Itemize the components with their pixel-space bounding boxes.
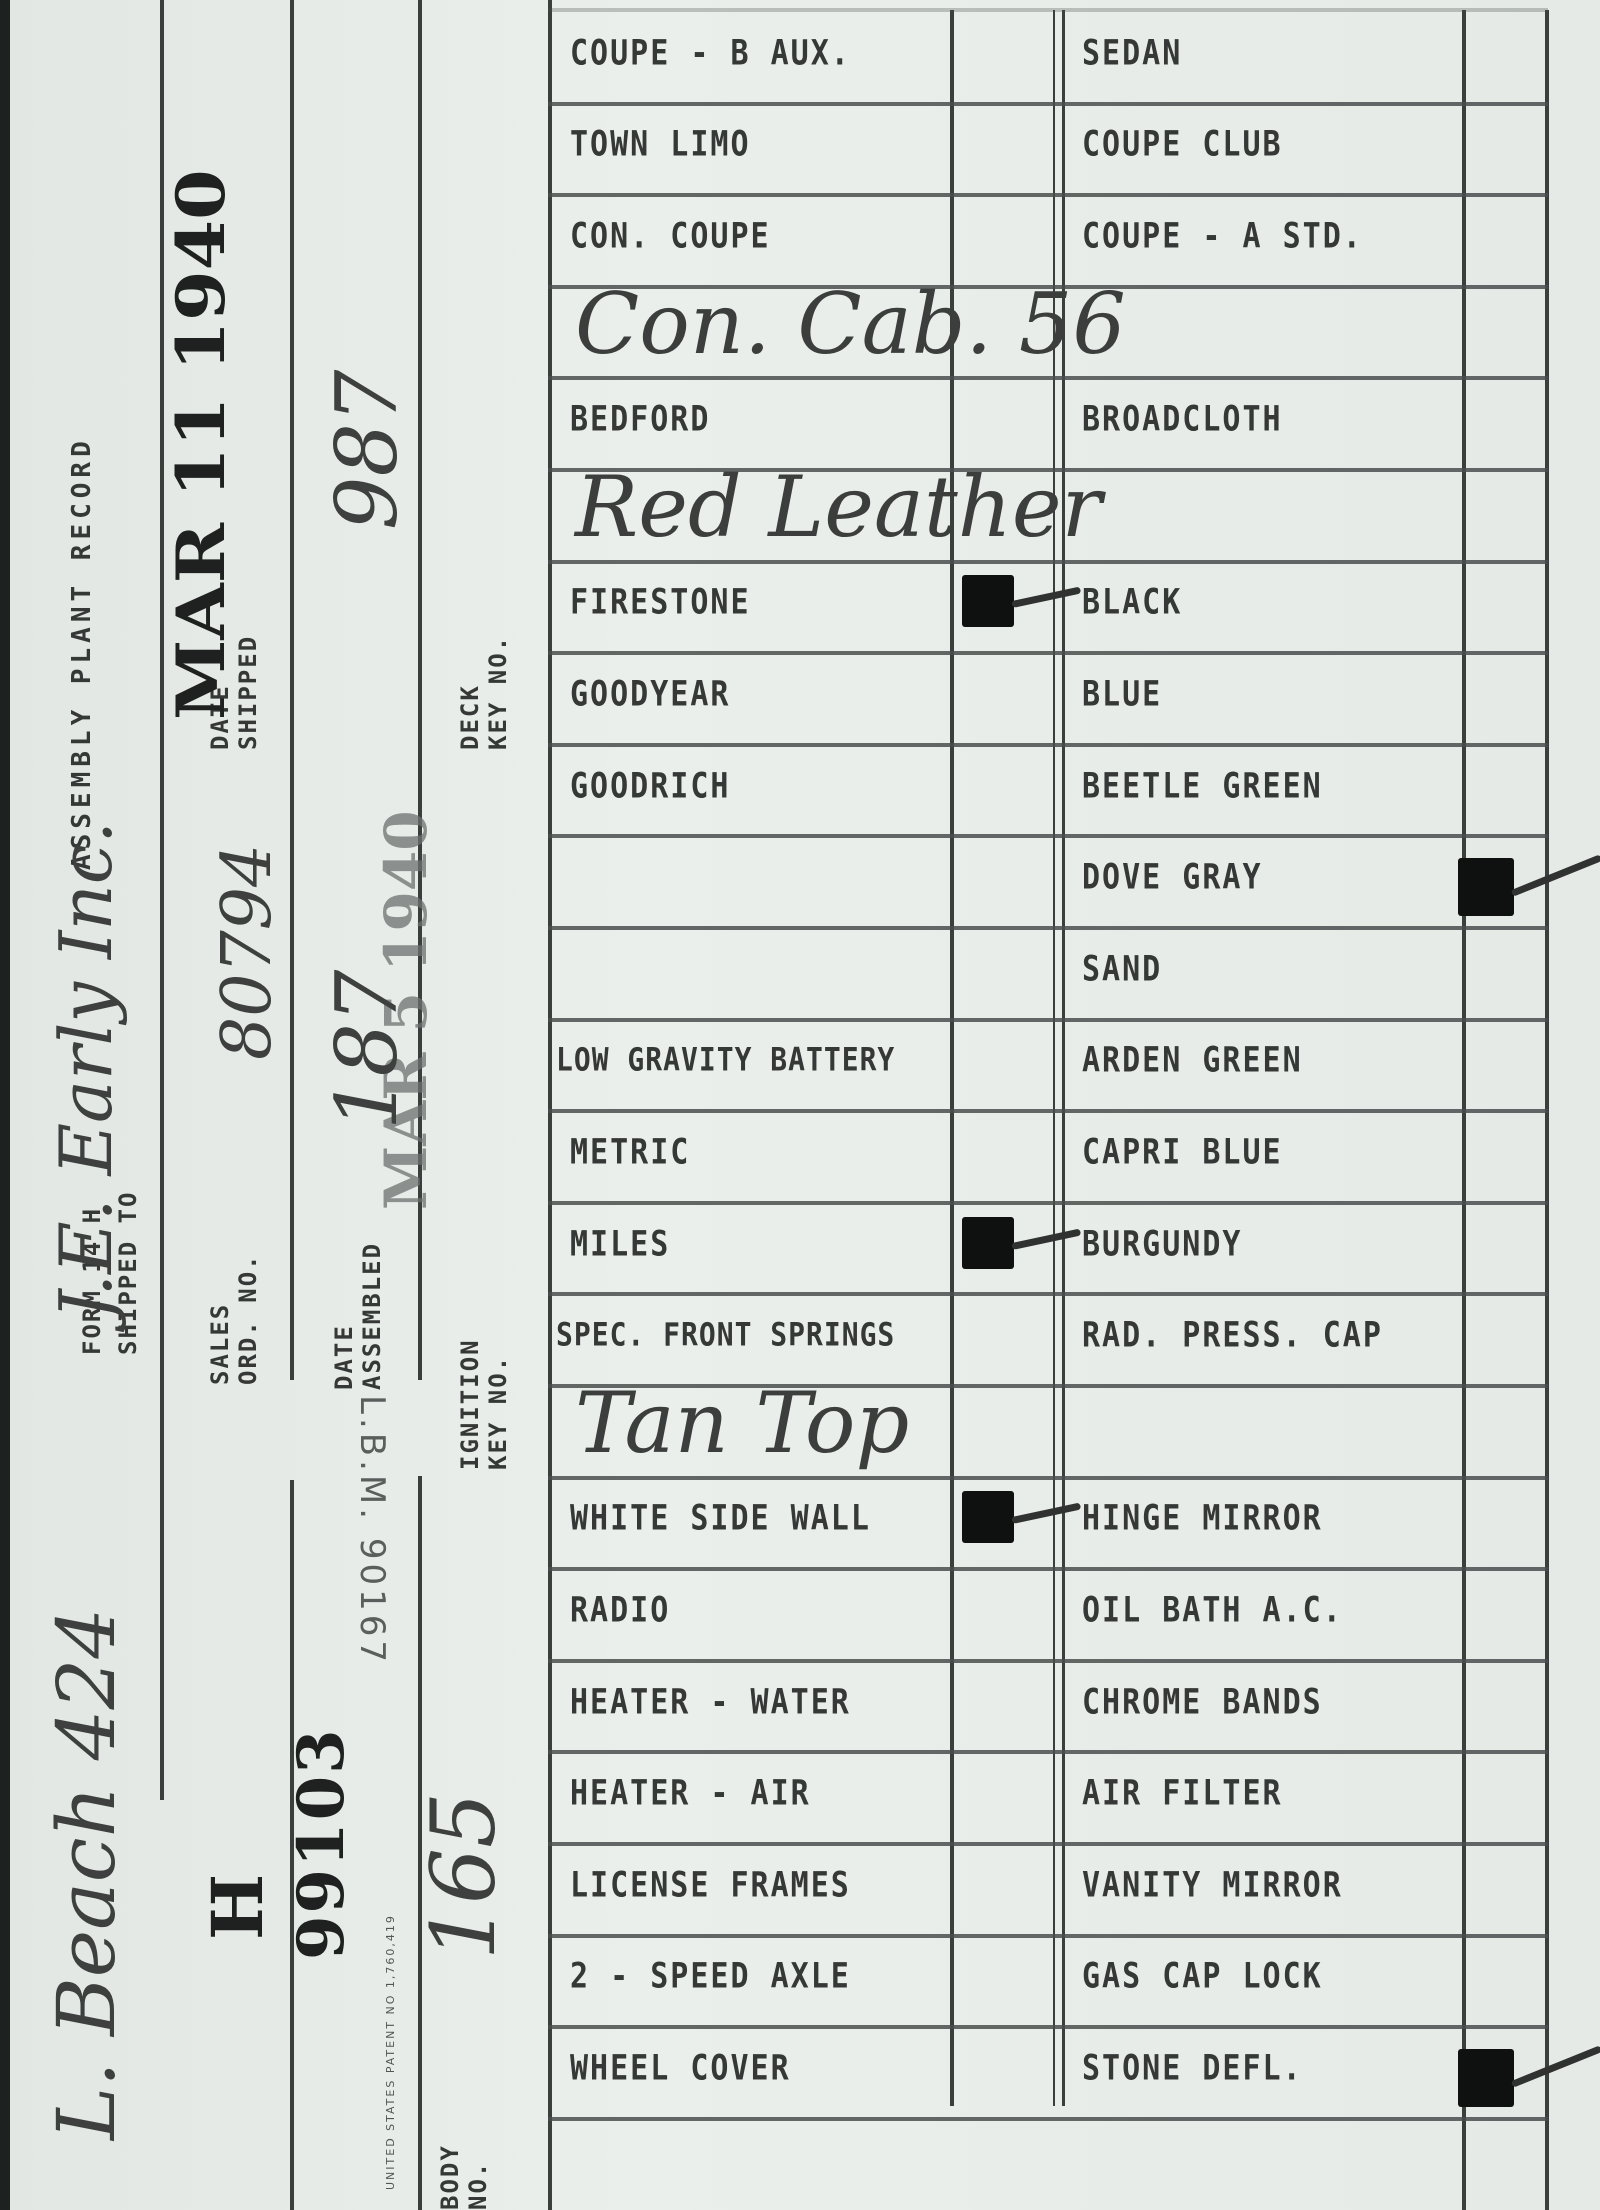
option-left-label: RADIO (570, 1590, 670, 1630)
option-right-label: SAND (1082, 949, 1162, 989)
option-right-checkbox[interactable] (1466, 380, 1544, 466)
handwritten-note: Con. Cab. 56 (575, 275, 1126, 373)
option-right-checkbox[interactable] (1466, 1480, 1544, 1566)
left-selected-marker-icon (962, 1491, 1014, 1543)
option-right-label: BLACK (1082, 582, 1182, 622)
option-left-label: MILES (570, 1224, 670, 1264)
option-left-label: LICENSE FRAMES (570, 1865, 851, 1905)
option-right-checkbox[interactable] (1466, 1205, 1544, 1291)
option-left-checkbox[interactable] (954, 197, 1050, 283)
option-right-checkbox[interactable] (1466, 1571, 1544, 1657)
option-right-checkbox[interactable] (1466, 197, 1544, 283)
serial-number-stamp: 99103 (284, 1727, 359, 1960)
option-right-checkbox[interactable] (1466, 1754, 1544, 1840)
deck-key-value: 987 (318, 370, 416, 530)
right-selected-marker-icon (1458, 858, 1514, 916)
option-left-label: 2 - SPEED AXLE (570, 1956, 851, 1996)
ignition-key-value: 187 (318, 970, 416, 1130)
option-left-label: HEATER - AIR (570, 1773, 811, 1813)
option-right-label: CHROME BANDS (1082, 1682, 1323, 1722)
date-assembled-label: DATE ASSEMBLED (330, 1242, 386, 1390)
option-left-checkbox[interactable] (954, 1022, 1050, 1108)
handwritten-note: Tan Top (575, 1374, 909, 1472)
option-left-label: WHITE SIDE WALL (570, 1498, 871, 1538)
body-no-label: BODY NO. (436, 2144, 492, 2210)
left-selected-marker-icon (962, 1217, 1014, 1269)
option-right-label: SEDAN (1082, 33, 1182, 73)
date-shipped-stamp: MAR 11 1940 (162, 169, 240, 720)
option-left-checkbox[interactable] (954, 655, 1050, 741)
option-right-label: BEETLE GREEN (1082, 766, 1323, 806)
serial-prefix-stamp: H (196, 1874, 279, 1940)
option-right-label: BURGUNDY (1082, 1224, 1243, 1264)
option-left-label: GOODYEAR (570, 674, 731, 714)
option-left-label: WHEEL COVER (570, 2048, 791, 2088)
option-right-checkbox[interactable] (1466, 1663, 1544, 1749)
option-left-checkbox[interactable] (954, 106, 1050, 192)
option-right-label: STONE DEFL. (1082, 2048, 1303, 2088)
option-right-label: RAD. PRESS. CAP (1082, 1315, 1383, 1355)
body-no-value: 165 (412, 1792, 515, 1960)
option-left-checkbox[interactable] (954, 1663, 1050, 1749)
option-right-checkbox[interactable] (1466, 106, 1544, 192)
table-left-border (548, 0, 552, 2210)
option-left-label: CON. COUPE (570, 216, 771, 256)
handwritten-note: Red Leather (575, 458, 1102, 556)
option-left-checkbox[interactable] (954, 1846, 1050, 1932)
sales-ord-value: 80794 (208, 844, 287, 1060)
table-top-border (548, 8, 1548, 12)
patent-text: UNITED STATES PATENT NO 1,760,419 (384, 1914, 397, 2190)
option-left-label: GOODRICH (570, 766, 731, 806)
rule-sales-ord (290, 0, 294, 1380)
option-right-checkbox[interactable] (1466, 1846, 1544, 1932)
option-right-checkbox[interactable] (1466, 1296, 1544, 1382)
option-left-checkbox[interactable] (954, 747, 1050, 833)
option-right-checkbox[interactable] (1466, 655, 1544, 741)
assembly-plant-record-card: FORM 14 H SHIPPED TO ASSEMBLY PLANT RECO… (0, 0, 1600, 2210)
option-left-checkbox[interactable] (954, 1754, 1050, 1840)
option-right-label: BLUE (1082, 674, 1162, 714)
option-right-label: OIL BATH A.C. (1082, 1590, 1343, 1630)
option-right-label: COUPE CLUB (1082, 124, 1283, 164)
card-left-border (0, 0, 10, 2210)
option-left-checkbox[interactable] (954, 1296, 1050, 1382)
option-right-checkbox[interactable] (1466, 1113, 1544, 1199)
option-left-label: LOW GRAVITY BATTERY (556, 1041, 895, 1079)
option-left-checkbox[interactable] (954, 1571, 1050, 1657)
option-left-checkbox[interactable] (954, 1113, 1050, 1199)
option-left-label: SPEC. FRONT SPRINGS (556, 1316, 895, 1354)
option-left-label: FIRESTONE (570, 582, 751, 622)
left-selected-marker-icon (962, 575, 1014, 627)
shipped-to-value: J.E. Early Inc. (44, 821, 128, 1320)
option-left-checkbox[interactable] (954, 14, 1050, 100)
option-right-checkbox[interactable] (1466, 747, 1544, 833)
option-left-label: HEATER - WATER (570, 1682, 851, 1722)
option-left-checkbox[interactable] (954, 380, 1050, 466)
option-right-label: ARDEN GREEN (1082, 1040, 1303, 1080)
option-right-label: COUPE - A STD. (1082, 216, 1363, 256)
option-left-label: COUPE - B AUX. (570, 33, 851, 73)
option-right-label: DOVE GRAY (1082, 857, 1263, 897)
option-right-label: AIR FILTER (1082, 1773, 1283, 1813)
form-title: ASSEMBLY PLANT RECORD (68, 436, 96, 870)
lbm-stamp: L.B.M. 90167 (352, 1395, 392, 1666)
option-left-label: METRIC (570, 1132, 690, 1172)
option-right-label: VANITY MIRROR (1082, 1865, 1343, 1905)
option-right-label: GAS CAP LOCK (1082, 1956, 1323, 1996)
option-left-checkbox[interactable] (954, 1938, 1050, 2024)
row-divider (548, 2117, 1548, 2121)
option-right-label: CAPRI BLUE (1082, 1132, 1283, 1172)
option-right-checkbox[interactable] (1466, 1022, 1544, 1108)
option-right-checkbox[interactable] (1466, 1938, 1544, 2024)
deck-key-label: DECK KEY NO. (456, 635, 512, 750)
option-left-label: TOWN LIMO (570, 124, 751, 164)
right-selected-marker-icon (1458, 2049, 1514, 2107)
option-right-checkbox[interactable] (1466, 930, 1544, 1016)
dealer-location-value: L. Beach 424 (40, 1608, 133, 2140)
option-left-checkbox[interactable] (954, 930, 1050, 1016)
option-left-checkbox[interactable] (954, 2029, 1050, 2115)
option-left-checkbox[interactable] (954, 838, 1050, 924)
ignition-key-label: IGNITION KEY NO. (456, 1338, 512, 1470)
sales-ord-label: SALES ORD. NO. (206, 1253, 262, 1385)
option-right-checkbox[interactable] (1466, 564, 1544, 650)
option-right-label: BROADCLOTH (1082, 399, 1283, 439)
option-right-checkbox[interactable] (1466, 14, 1544, 100)
option-right-label: HINGE MIRROR (1082, 1498, 1323, 1538)
option-left-label: BEDFORD (570, 399, 710, 439)
